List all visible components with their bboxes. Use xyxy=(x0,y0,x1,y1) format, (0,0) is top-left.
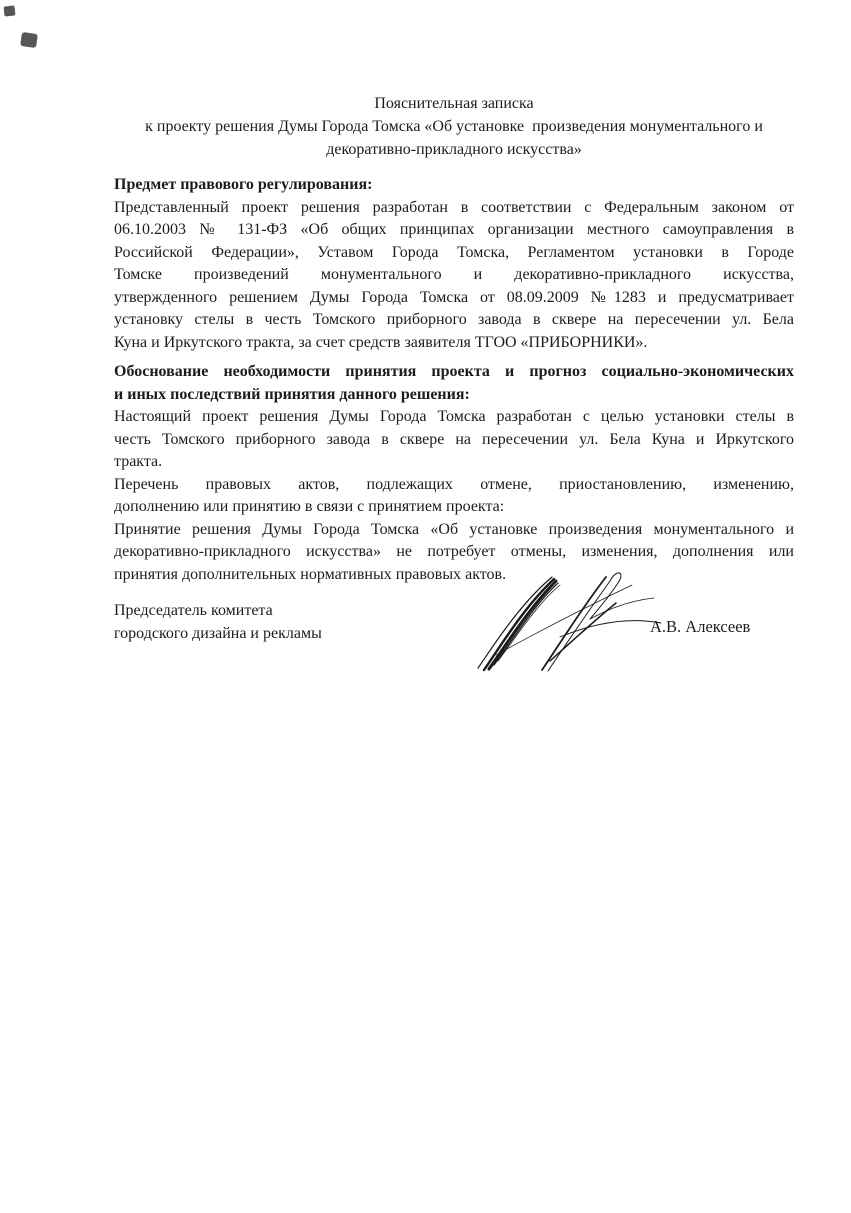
paragraph-line: Перечень правовых актов, подлежащих отме… xyxy=(114,474,794,497)
paragraph-line: Принятие решения Думы Города Томска «Об … xyxy=(114,519,794,542)
signer-position-line-2: городского дизайна и рекламы xyxy=(114,623,322,646)
paragraph-line: честь Томского приборного завода в сквер… xyxy=(114,429,794,452)
document-title-line-1: Пояснительная записка xyxy=(114,92,794,115)
scan-artifact-mark-1 xyxy=(4,5,16,16)
signer-position: Председатель комитета городского дизайна… xyxy=(114,600,322,645)
paragraph-line: утвержденного решением Думы Города Томск… xyxy=(114,287,794,310)
scan-artifact-mark-2 xyxy=(20,32,38,48)
paragraph-line: Томске произведений монументального и де… xyxy=(114,264,794,287)
paragraph-line: дополнению или принятию в связи с принят… xyxy=(114,496,794,519)
section-subject-of-regulation: Предмет правового регулирования: Предста… xyxy=(114,174,794,354)
paragraph-line: тракта. xyxy=(114,451,794,474)
section-heading-justification-line-1: Обоснование необходимости принятия проек… xyxy=(114,361,794,384)
document-title-line-3: декоративно-прикладного искусства» xyxy=(114,138,794,161)
section-heading-justification-line-2: и иных последствий принятия данного реше… xyxy=(114,384,794,407)
signer-position-line-1: Председатель комитета xyxy=(114,600,322,623)
section-justification: Обоснование необходимости принятия проек… xyxy=(114,361,794,586)
paragraph-line: Куна и Иркутского тракта, за счет средст… xyxy=(114,332,794,355)
document-content: Пояснительная записка к проекту решения … xyxy=(114,92,794,715)
document-title-line-2: к проекту решения Думы Города Томска «Об… xyxy=(114,115,794,138)
paragraph-line: принятия дополнительных нормативных прав… xyxy=(114,564,794,587)
paragraph-line: Настоящий проект решения Думы Города Том… xyxy=(114,406,794,429)
paragraph-line: Представленный проект решения разработан… xyxy=(114,197,794,220)
paragraph-line: декоративно-прикладного искусства» не по… xyxy=(114,541,794,564)
document-title-block: Пояснительная записка к проекту решения … xyxy=(114,92,794,161)
scanned-document-page: Пояснительная записка к проекту решения … xyxy=(0,0,851,1213)
section-heading-subject: Предмет правового регулирования: xyxy=(114,174,794,197)
signature-block: Председатель комитета городского дизайна… xyxy=(114,600,794,715)
paragraph-line: 06.10.2003 № 131-ФЗ «Об общих принципах … xyxy=(114,219,794,242)
handwritten-signature xyxy=(464,565,664,675)
signer-name: А.В. Алексеев xyxy=(650,616,750,639)
paragraph-line: Российской Федерации», Уставом Города То… xyxy=(114,242,794,265)
paragraph-line: установку стелы в честь Томского приборн… xyxy=(114,309,794,332)
